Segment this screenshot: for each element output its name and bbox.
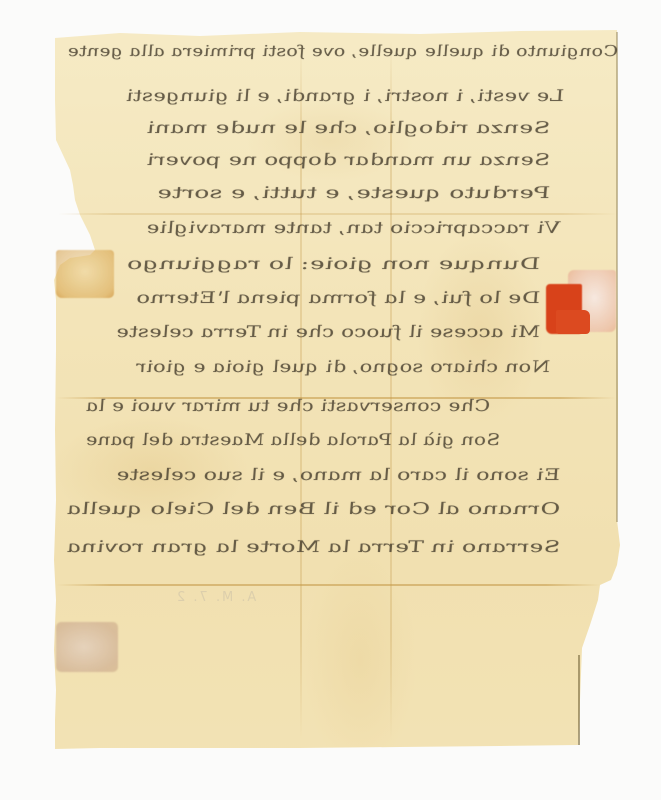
handwritten-line: Senza un mandar doppo ne poveri (143, 150, 553, 169)
handwritten-line: Congiunto di quelle quelle, ove fosti pr… (65, 42, 621, 60)
handwritten-line: Non chiaro sogno, di quel gioia e gioir (133, 357, 553, 376)
handwritten-line: Senza ridoglio, che le nude mani (143, 118, 553, 137)
handwritten-mirrored-text: Congiunto di quelle quelle, ove fosti pr… (0, 0, 661, 800)
handwritten-line: Che conservasti che tu mirar vuoi e la (83, 396, 493, 415)
handwritten-line: De lo fui, e la forma piena l'Eterno (133, 288, 543, 307)
handwritten-line: Mi accese il fuoco che in Terra celeste (113, 322, 543, 341)
handwritten-line: Ornano al Cor ed il Ben del Cielo quella (63, 499, 563, 518)
handwritten-line: Ei sono il caro la mano, e il suo celest… (113, 465, 563, 484)
handwritten-line: Serrano in Terra la Morte la gran rovina (63, 537, 563, 556)
handwritten-line: Vi raccapriccio tan, tante maraviglie (143, 218, 563, 237)
handwritten-line: Le vesti, i nostri, i grandi, e li giung… (123, 86, 567, 105)
handwritten-line: Son già la Parola della Maestra del pane (83, 430, 503, 449)
handwritten-line: Perduto queste, e tutti, e sorte (154, 183, 554, 202)
handwritten-line: Dunque non gioie: lo raggiungo (124, 254, 544, 273)
